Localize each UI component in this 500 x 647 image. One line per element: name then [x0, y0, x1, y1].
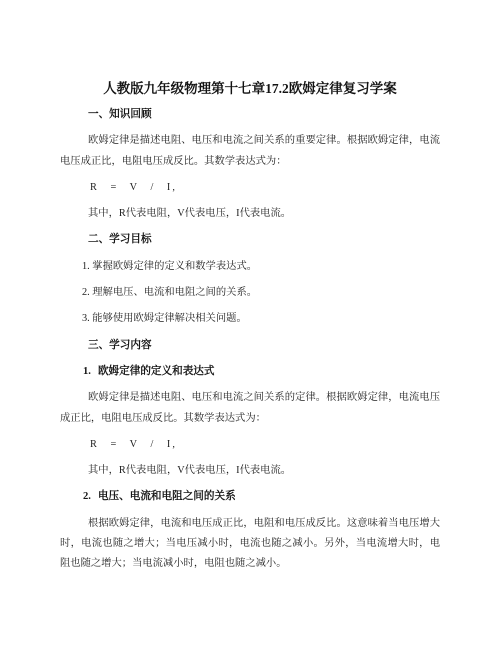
section-1-note: 其中，R代表电阻，V代表电压，I代表电流。	[60, 204, 440, 224]
objective-item-1: 1. 掌握欧姆定律的定义和数学表达式。	[60, 257, 440, 277]
section-1-formula: R = V / I,	[60, 178, 440, 198]
subsection-2-paragraph: 根据欧姆定律，电流和电压成正比，电阻和电压成反比。这意味着当电压增大时，电流也随…	[60, 514, 440, 575]
section-1-paragraph: 欧姆定律是描述电阻、电压和电流之间关系的重要定律。根据欧姆定律，电流电压成正比，…	[60, 131, 440, 172]
subsection-1-heading: 1.欧姆定律的定义和表达式	[60, 362, 440, 382]
subsection-2-title: 电压、电流和电阻之间的关系	[98, 491, 236, 502]
subsection-1-paragraph: 欧姆定律是描述电阻、电压和电流之间关系的定律。根据欧姆定律，电流电压成正比，电阻…	[60, 388, 440, 429]
subsection-2-heading: 2.电压、电流和电阻之间的关系	[60, 487, 440, 507]
subsection-2-number: 2.	[83, 491, 91, 502]
section-2-heading: 二、学习目标	[60, 230, 440, 250]
subsection-1-note: 其中，R代表电阻，V代表电压，I代表电流。	[60, 461, 440, 481]
document-title: 人教版九年级物理第十七章17.2欧姆定律复习学案	[60, 80, 440, 97]
objective-item-3: 3. 能够使用欧姆定律解决相关问题。	[60, 309, 440, 329]
document-page: 人教版九年级物理第十七章17.2欧姆定律复习学案 一、知识回顾 欧姆定律是描述电…	[0, 0, 500, 647]
subsection-1-number: 1.	[83, 366, 91, 377]
subsection-1-formula: R = V / I,	[60, 435, 440, 455]
objective-item-2: 2. 理解电压、电流和电阻之间的关系。	[60, 283, 440, 303]
subsection-1-title: 欧姆定律的定义和表达式	[98, 366, 215, 377]
section-1-heading: 一、知识回顾	[60, 105, 440, 125]
section-3-heading: 三、学习内容	[60, 336, 440, 356]
